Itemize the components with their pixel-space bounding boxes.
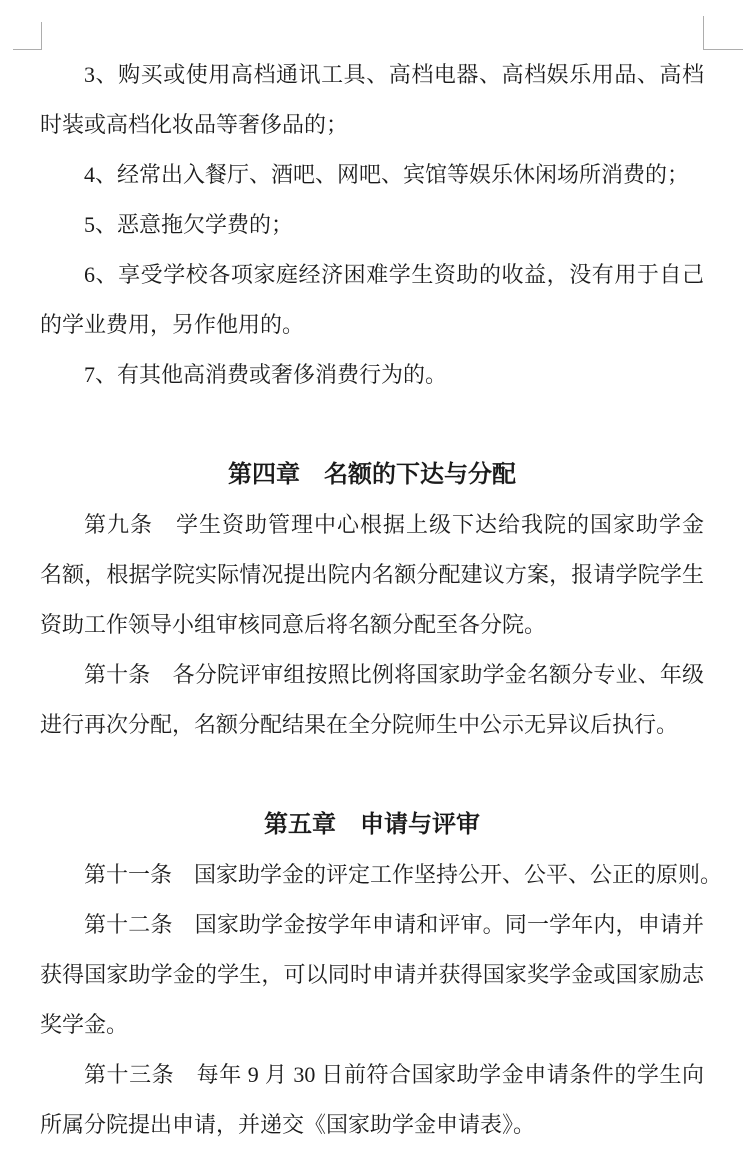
- chapter-5-heading: 第五章 申请与评审: [40, 800, 704, 850]
- body-line: 第九条 学生资助管理中心根据上级下达给我院的国家助学金: [40, 500, 704, 550]
- body-line: 3、购买或使用高档通讯工具、高档电器、高档娱乐用品、高档: [40, 50, 704, 100]
- body-line: 资助工作领导小组审核同意后将名额分配至各分院。: [40, 600, 704, 650]
- body-line: 时装或高档化妆品等奢侈品的；: [40, 100, 704, 150]
- body-line: 第十条 各分院评审组按照比例将国家助学金名额分专业、年级: [40, 650, 704, 700]
- body-line: 所属分院提出申请，并递交《国家助学金申请表》。: [40, 1100, 704, 1150]
- body-line: 5、恶意拖欠学费的；: [40, 200, 704, 250]
- document-page: 3、购买或使用高档通讯工具、高档电器、高档娱乐用品、高档 时装或高档化妆品等奢侈…: [0, 0, 744, 1164]
- blank-line: [40, 400, 704, 450]
- margin-mark-top-right-horizontal: [703, 49, 743, 50]
- body-line: 名额，根据学院实际情况提出院内名额分配建议方案，报请学院学生: [40, 550, 704, 600]
- body-line: 6、享受学校各项家庭经济困难学生资助的收益，没有用于自己: [40, 250, 704, 300]
- body-line: 的学业费用，另作他用的。: [40, 300, 704, 350]
- margin-mark-top-left-horizontal: [13, 49, 42, 50]
- body-line: 第十三条 每年 9 月 30 日前符合国家助学金申请条件的学生向: [40, 1050, 704, 1100]
- chapter-4-heading: 第四章 名额的下达与分配: [40, 450, 704, 500]
- body-line: 7、有其他高消费或奢侈消费行为的。: [40, 350, 704, 400]
- body-line: 第十二条 国家助学金按学年申请和评审。同一学年内，申请并: [40, 900, 704, 950]
- margin-mark-top-left-vertical: [41, 22, 42, 50]
- body-line: 第十一条 国家助学金的评定工作坚持公开、公平、公正的原则。: [40, 850, 704, 900]
- margin-mark-top-right-vertical: [703, 16, 704, 50]
- blank-line: [40, 750, 704, 800]
- body-line: 4、经常出入餐厅、酒吧、网吧、宾馆等娱乐休闲场所消费的；: [40, 150, 704, 200]
- body-line: 进行再次分配，名额分配结果在全分院师生中公示无异议后执行。: [40, 700, 704, 750]
- body-line: 奖学金。: [40, 1000, 704, 1050]
- body-line: 获得国家助学金的学生，可以同时申请并获得国家奖学金或国家励志: [40, 950, 704, 1000]
- document-content: 3、购买或使用高档通讯工具、高档电器、高档娱乐用品、高档 时装或高档化妆品等奢侈…: [40, 50, 704, 1150]
